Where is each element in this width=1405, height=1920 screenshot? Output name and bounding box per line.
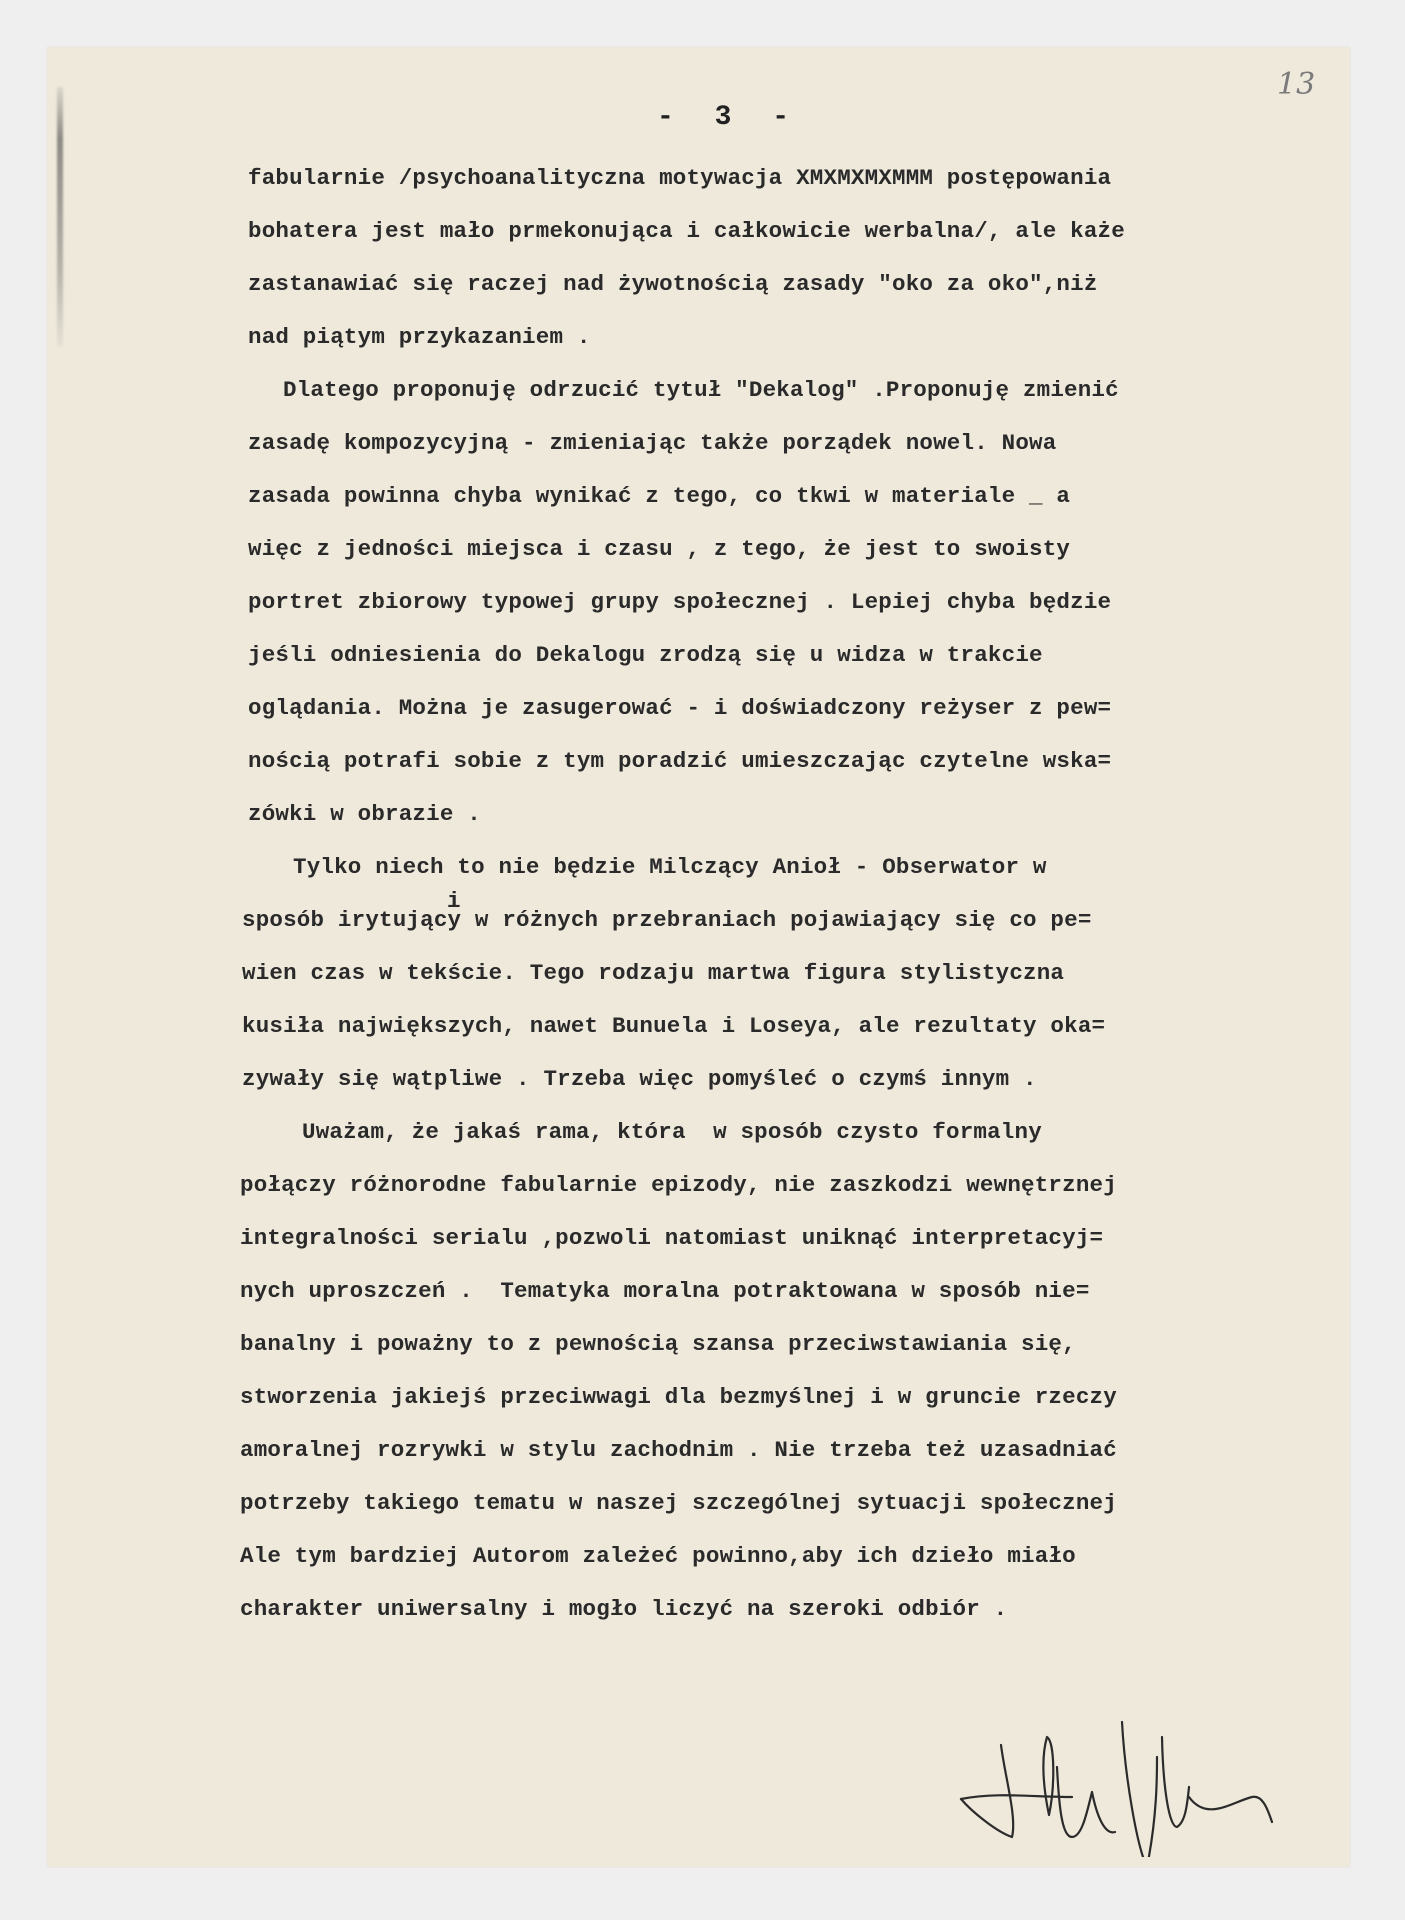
text-line: kusiła największych, nawet Bunuela i Los…	[242, 1013, 1105, 1039]
interlinear-insertion: i	[447, 888, 461, 914]
text-line: nad piątym przykazaniem .	[248, 324, 591, 350]
text-line: wien czas w tekście. Tego rodzaju martwa…	[242, 960, 1064, 986]
text-line: więc z jedności miejsca i czasu , z tego…	[248, 536, 1070, 562]
document-page: 13 - 3 - fabularnie /psychoanalityczna m…	[47, 47, 1350, 1867]
text-line: nością potrafi sobie z tym poradzić umie…	[248, 748, 1111, 774]
text-line: jeśli odniesienia do Dekalogu zrodzą się…	[248, 642, 1043, 668]
text-line: integralności serialu ,pozwoli natomiast…	[240, 1225, 1103, 1251]
text-line: portret zbiorowy typowej grupy społeczne…	[248, 589, 1111, 615]
text-line: amoralnej rozrywki w stylu zachodnim . N…	[240, 1437, 1117, 1463]
text-line: Tylko niech to nie będzie Milczący Anioł…	[293, 854, 1047, 880]
text-line: stworzenia jakiejś przeciwwagi dla bezmy…	[240, 1384, 1117, 1410]
text-line: zywały się wątpliwe . Trzeba więc pomyśl…	[242, 1066, 1037, 1092]
text-line: banalny i poważny to z pewnością szansa …	[240, 1331, 1076, 1357]
text-line: zastanawiać się raczej nad żywotnością z…	[248, 271, 1098, 297]
text-line: zasadę kompozycyjną - zmieniając także p…	[248, 430, 1056, 456]
text-line: charakter uniwersalny i mogło liczyć na …	[240, 1596, 1007, 1622]
text-line: Uważam, że jakaś rama, która w sposób cz…	[302, 1119, 1042, 1145]
text-line: sposób irytujący w różnych przebraniach …	[242, 907, 1092, 933]
text-line: zasada powinna chyba wynikać z tego, co …	[248, 483, 1070, 509]
text-line: bohatera jest mało prmekonująca i całkow…	[248, 218, 1125, 244]
typed-body-text: fabularnie /psychoanalityczna motywacja …	[47, 47, 1350, 1867]
text-line: fabularnie /psychoanalityczna motywacja …	[248, 165, 1111, 191]
text-line: nych uproszczeń . Tematyka moralna potra…	[240, 1278, 1090, 1304]
text-line: połączy różnorodne fabularnie epizody, n…	[240, 1172, 1117, 1198]
text-line: potrzeby takiego tematu w naszej szczegó…	[240, 1490, 1117, 1516]
text-line: Dlatego proponuję odrzucić tytuł "Dekalo…	[283, 377, 1119, 403]
text-line: oglądania. Można je zasugerować - i dośw…	[248, 695, 1111, 721]
signature-icon	[937, 1697, 1297, 1857]
text-line: zówki w obrazie .	[248, 801, 481, 827]
text-line: Ale tym bardziej Autorom zależeć powinno…	[240, 1543, 1076, 1569]
